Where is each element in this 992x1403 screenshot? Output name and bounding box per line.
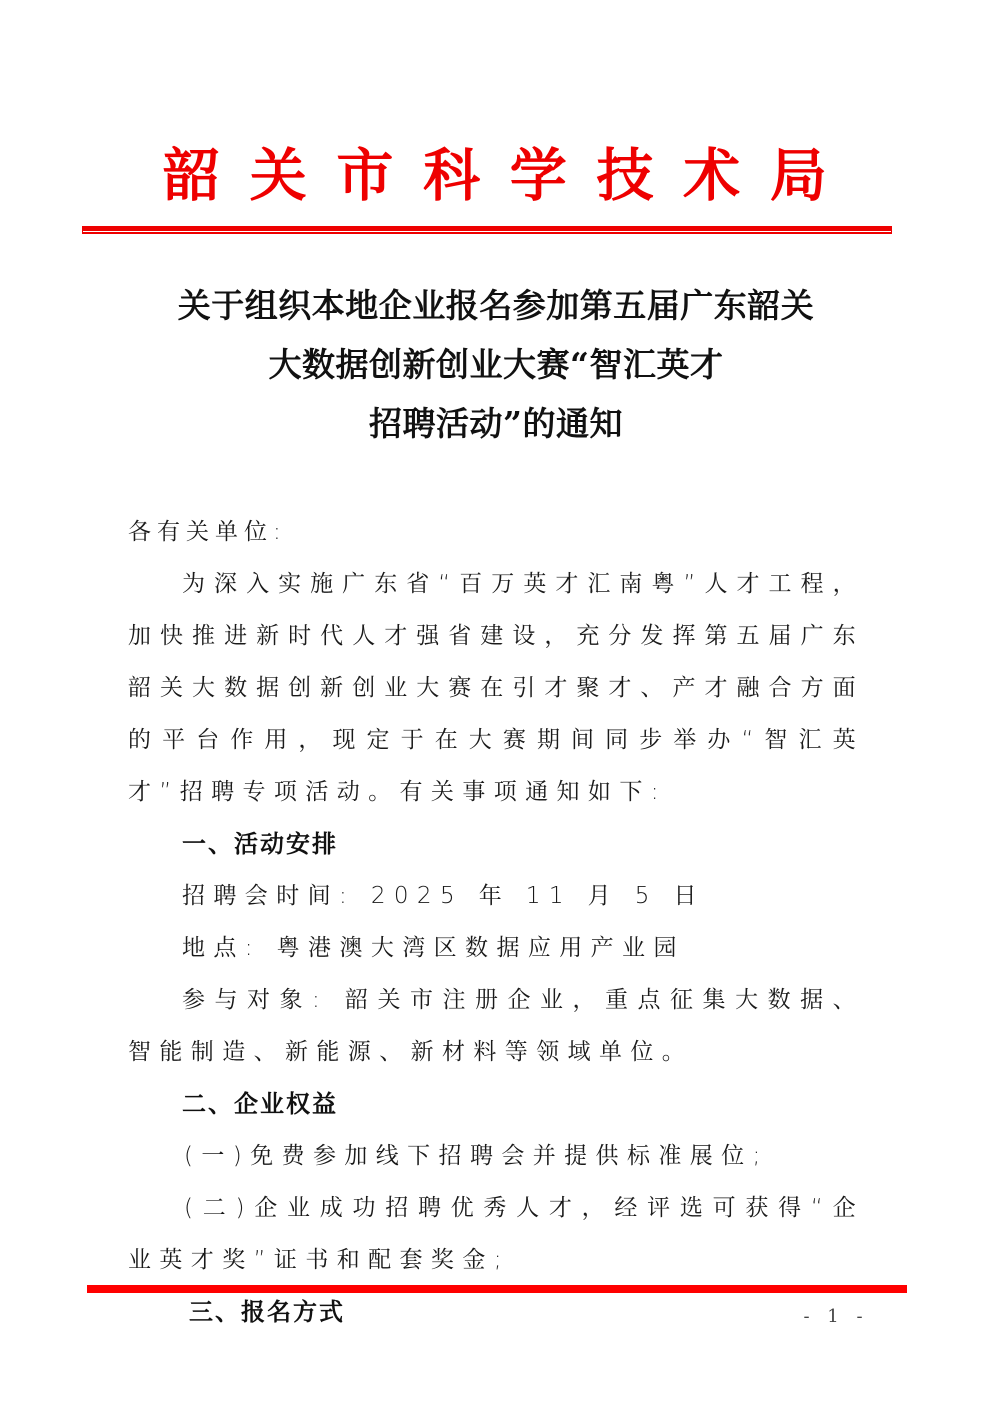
masthead-char: 科 — [423, 140, 480, 212]
footer-red-divider — [87, 1285, 907, 1293]
masthead-char: 市 — [336, 140, 393, 212]
masthead-char: 关 — [250, 140, 307, 212]
document-body: 各有关单位: 为深入实施广东省“百万英才汇南粤”人才工程，加快推进新时代人才强省… — [128, 506, 864, 1338]
intro-paragraph: 为深入实施广东省“百万英才汇南粤”人才工程，加快推进新时代人才强省建设，充分发挥… — [128, 558, 864, 818]
benefit-item-2: (二)企业成功招聘优秀人才，经评选可获得“企业英才奖”证书和配套奖金; — [128, 1182, 864, 1286]
activity-time: 招聘会时间: 2025 年 11 月 5 日 — [128, 870, 864, 922]
title-line-3: 招聘活动”的通知 — [100, 394, 892, 453]
salutation: 各有关单位: — [128, 506, 864, 558]
masthead-char: 局 — [770, 140, 827, 212]
activity-participants: 参与对象: 韶关市注册企业，重点征集大数据、智能制造、新能源、新材料等领域单位。 — [128, 974, 864, 1078]
document-title: 关于组织本地企业报名参加第五届广东韶关 大数据创新创业大赛“智汇英才 招聘活动”… — [100, 276, 892, 453]
section-heading-registration: 三、报名方式 — [128, 1286, 864, 1338]
masthead-char: 技 — [596, 140, 653, 212]
title-line-1: 关于组织本地企业报名参加第五届广东韶关 — [100, 276, 892, 335]
section-heading-activity: 一、活动安排 — [128, 818, 864, 870]
masthead-char: 术 — [683, 140, 740, 212]
masthead-red-divider — [82, 226, 892, 234]
benefit-item-1: (一)免费参加线下招聘会并提供标准展位; — [128, 1130, 864, 1182]
section-heading-benefits: 二、企业权益 — [128, 1078, 864, 1130]
page-number: - 1 - — [800, 1303, 872, 1331]
masthead-char: 韶 — [163, 140, 220, 212]
masthead-organization-name: 韶 关 市 科 学 技 术 局 — [163, 140, 827, 212]
activity-location: 地点: 粤港澳大湾区数据应用产业园 — [128, 922, 864, 974]
masthead-char: 学 — [510, 140, 567, 212]
title-line-2: 大数据创新创业大赛“智汇英才 — [100, 335, 892, 394]
